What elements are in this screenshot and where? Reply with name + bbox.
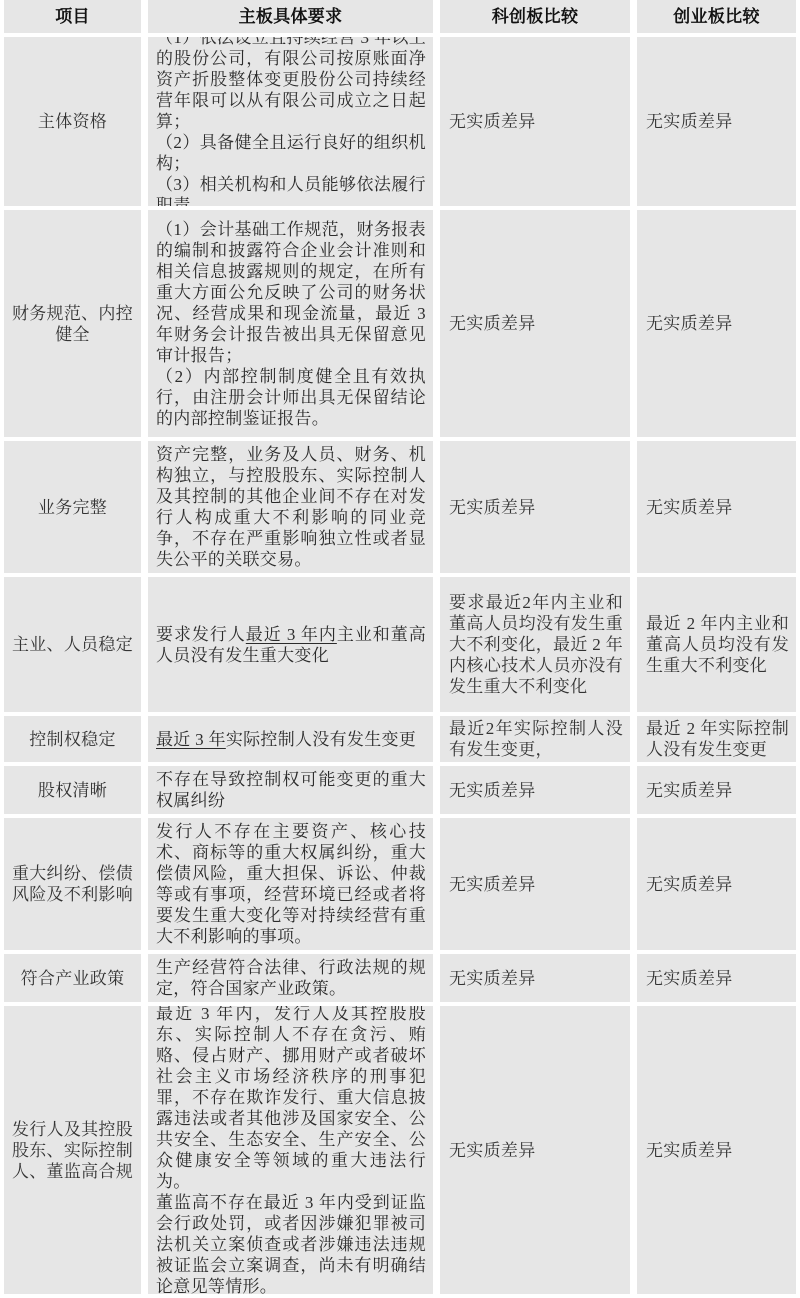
main-requirement-cell: 最近 3 年实际控制人没有发生变更 (148, 716, 433, 762)
chinext-comparison-cell: 无实质差异 (637, 818, 796, 950)
requirement-text: 要求发行人 (156, 625, 246, 644)
requirement-paragraph: （3）相关机构和人员能够依法履行职责。 (156, 174, 426, 206)
main-requirement-cell: （1）依法设立且持续经营 3 年以上的股份公司，有限公司按原账面净资产折股整体变… (148, 37, 433, 206)
comparison-table-page: 项目 主板具体要求 科创板比较 创业板比较 主体资格 （1）依法设立且持续经营 … (0, 0, 800, 1298)
chinext-comparison-cell: 无实质差异 (637, 766, 796, 814)
row-item-label: 主体资格 (4, 37, 141, 206)
row-item-label: 业务完整 (4, 441, 141, 573)
star-comparison-cell: 无实质差异 (440, 766, 630, 814)
main-requirement-cell: （1）会计基础工作规范，财务报表的编制和披露符合企业会计准则和相关信息披露规则的… (148, 210, 433, 437)
row-item-label: 符合产业政策 (4, 954, 141, 1002)
row-item-label: 财务规范、内控健全 (4, 210, 141, 437)
requirement-paragraph: 发行人不存在主要资产、核心技术、商标等的重大权属纠纷，重大偿债风险，重大担保、诉… (156, 821, 426, 947)
requirement-paragraph: （2）具备健全且运行良好的组织机构； (156, 132, 426, 174)
requirement-paragraph: 生产经营符合法律、行政法规的规定，符合国家产业政策。 (156, 957, 426, 999)
header-star-market: 科创板比较 (440, 0, 630, 33)
row-item-label: 控制权稳定 (4, 716, 141, 762)
star-comparison-cell: 无实质差异 (440, 1006, 630, 1294)
row-item-label: 股权清晰 (4, 766, 141, 814)
chinext-comparison-cell: 无实质差异 (637, 954, 796, 1002)
star-comparison-cell: 无实质差异 (440, 210, 630, 437)
star-comparison-cell: 无实质差异 (440, 441, 630, 573)
listing-requirements-table: 项目 主板具体要求 科创板比较 创业板比较 主体资格 （1）依法设立且持续经营 … (4, 0, 796, 1294)
requirement-text: 实际控制人没有发生变更 (226, 730, 416, 749)
star-comparison-cell: 无实质差异 (440, 954, 630, 1002)
requirement-paragraph: 资产完整，业务及人员、财务、机构独立，与控股股东、实际控制人及其控制的其他企业间… (156, 444, 426, 570)
row-item-label: 主业、人员稳定 (4, 577, 141, 712)
chinext-comparison-cell: 无实质差异 (637, 210, 796, 437)
requirement-paragraph: 要求发行人最近 3 年内主业和董高人员没有发生重大变化 (156, 624, 426, 666)
star-comparison-cell: 无实质差异 (440, 818, 630, 950)
requirement-paragraph: （1）会计基础工作规范，财务报表的编制和披露符合企业会计准则和相关信息披露规则的… (156, 219, 426, 366)
requirement-paragraph: 不存在导致控制权可能变更的重大权属纠纷 (156, 769, 426, 811)
star-comparison-cell: 无实质差异 (440, 37, 630, 206)
row-item-label: 重大纠纷、偿债风险及不利影响 (4, 818, 141, 950)
chinext-comparison-cell: 无实质差异 (637, 1006, 796, 1294)
underlined-text: 最近 3 年 (156, 730, 226, 749)
chinext-comparison-cell: 最近 2 年实际控制人没有发生变更 (637, 716, 796, 762)
star-comparison-cell: 最近2年实际控制人没有发生变更， (440, 716, 630, 762)
requirement-paragraph: （2）内部控制制度健全且有效执行，由注册会计师出具无保留结论的内部控制鉴证报告。 (156, 366, 426, 429)
main-requirement-cell: 生产经营符合法律、行政法规的规定，符合国家产业政策。 (148, 954, 433, 1002)
header-main-board: 主板具体要求 (148, 0, 433, 33)
star-comparison-cell: 要求最近2年内主业和董高人员均没有发生重大不利变化，最近 2 年内核心技术人员亦… (440, 577, 630, 712)
requirement-paragraph: （1）依法设立且持续经营 3 年以上的股份公司，有限公司按原账面净资产折股整体变… (156, 37, 426, 132)
requirement-paragraph: 最近 3 年实际控制人没有发生变更 (156, 729, 426, 750)
main-requirement-cell: 最近 3 年内，发行人及其控股股东、实际控制人不存在贪污、贿赂、侵占财产、挪用财… (148, 1006, 433, 1294)
row-item-label: 发行人及其控股股东、实际控制人、董监高合规 (4, 1006, 141, 1294)
requirement-paragraph: 最近 3 年内，发行人及其控股股东、实际控制人不存在贪污、贿赂、侵占财产、挪用财… (156, 1006, 426, 1192)
chinext-comparison-cell: 最近 2 年内主业和董高人员均没有发生重大不利变化 (637, 577, 796, 712)
main-requirement-cell: 不存在导致控制权可能变更的重大权属纠纷 (148, 766, 433, 814)
chinext-comparison-cell: 无实质差异 (637, 441, 796, 573)
main-requirement-cell: 资产完整，业务及人员、财务、机构独立，与控股股东、实际控制人及其控制的其他企业间… (148, 441, 433, 573)
main-requirement-cell: 要求发行人最近 3 年内主业和董高人员没有发生重大变化 (148, 577, 433, 712)
main-requirement-cell: 发行人不存在主要资产、核心技术、商标等的重大权属纠纷，重大偿债风险，重大担保、诉… (148, 818, 433, 950)
underlined-text: 最近 3 年内 (246, 625, 337, 644)
header-item: 项目 (4, 0, 141, 33)
requirement-paragraph: 董监高不存在最近 3 年内受到证监会行政处罚，或者因涉嫌犯罪被司法机关立案侦查或… (156, 1192, 426, 1294)
header-chinext: 创业板比较 (637, 0, 796, 33)
chinext-comparison-cell: 无实质差异 (637, 37, 796, 206)
